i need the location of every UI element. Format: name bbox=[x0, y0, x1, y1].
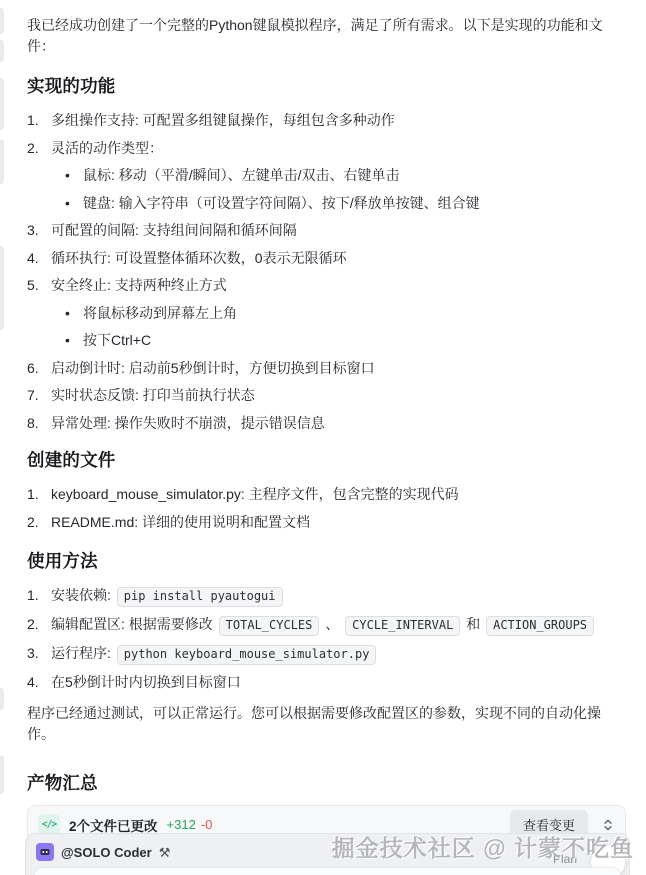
item-text: 循环执行: 可设置整体循环次数，0表示无限循环 bbox=[51, 248, 626, 269]
chevron-up-down-icon[interactable] bbox=[601, 818, 615, 832]
item-text: 异常处理: 操作失败时不崩溃，提示错误信息 bbox=[51, 413, 626, 434]
sub-bullet-text: 鼠标: 移动（平滑/瞬间）、左键单击/双击、右键单击 bbox=[83, 165, 400, 186]
files-list: 1. keyboard_mouse_simulator.py: 主程序文件，包含… bbox=[27, 484, 626, 532]
item-text-segment: 编辑配置区: 根据需要修改 bbox=[51, 616, 217, 632]
item-number: 4. bbox=[27, 248, 51, 269]
list-item: 1. keyboard_mouse_simulator.py: 主程序文件，包含… bbox=[27, 484, 626, 505]
closing-paragraph: 程序已经通过测试，可以正常运行。您可以根据需要修改配置区的参数，实现不同的自动化… bbox=[27, 703, 626, 745]
section-title-usage: 使用方法 bbox=[27, 549, 626, 573]
item-number: 1. bbox=[27, 484, 51, 505]
left-edge-fragment bbox=[0, 40, 4, 62]
sub-bullet-item: • 鼠标: 移动（平滑/瞬间）、左键单击/双击、右键单击 bbox=[65, 165, 626, 186]
list-item: 8. 异常处理: 操作失败时不崩溃，提示错误信息 bbox=[27, 413, 626, 434]
sub-bullet-item: • 按下Ctrl+C bbox=[65, 330, 626, 351]
bullet-marker: • bbox=[65, 330, 83, 351]
sub-bullet-text: 按下Ctrl+C bbox=[83, 330, 151, 351]
inline-code: TOTAL_CYCLES bbox=[219, 616, 320, 636]
deletions-count: -0 bbox=[201, 817, 213, 832]
features-list: 1. 多组操作支持: 可配置多组键鼠操作，每组包含多种动作 2. 灵活的动作类型… bbox=[27, 110, 626, 433]
item-text: 可配置的间隔: 支持组间间隔和循环间隔 bbox=[51, 220, 626, 241]
changed-files-count: 2个文件已更改 bbox=[69, 815, 158, 835]
list-item: 4. 在5秒倒计时内切换到目标窗口 bbox=[27, 672, 626, 693]
left-edge-fragment bbox=[0, 8, 4, 34]
item-number: 2. bbox=[27, 512, 51, 533]
usage-list: 1. 安装依赖: pip install pyautogui 2. 编辑配置区:… bbox=[27, 585, 626, 693]
additions-count: +312 bbox=[167, 817, 196, 832]
item-number: 8. bbox=[27, 413, 51, 434]
item-number: 3. bbox=[27, 220, 51, 241]
item-text: 编辑配置区: 根据需要修改 TOTAL_CYCLES 、 CYCLE_INTER… bbox=[51, 614, 626, 636]
inline-code: pip install pyautogui bbox=[117, 587, 283, 607]
list-item: 7. 实时状态反馈: 打印当前执行状态 bbox=[27, 385, 626, 406]
item-text: 运行程序: python keyboard_mouse_simulator.py bbox=[51, 643, 626, 665]
item-text: 灵活的动作类型： bbox=[51, 138, 626, 159]
inline-code: ACTION_GROUPS bbox=[486, 616, 594, 636]
sub-bullet-item: • 将鼠标移动到屏幕左上角 bbox=[65, 303, 626, 324]
composer-input-area[interactable] bbox=[34, 867, 621, 875]
bullet-marker: • bbox=[65, 193, 83, 214]
section-title-files: 创建的文件 bbox=[27, 448, 626, 472]
intro-paragraph: 我已经成功创建了一个完整的Python键鼠模拟程序，满足了所有需求。以下是实现的… bbox=[27, 15, 626, 57]
list-item: 5. 安全终止: 支持两种终止方式 bbox=[27, 275, 626, 296]
item-text: README.md: 详细的使用说明和配置文档 bbox=[51, 512, 626, 533]
message-composer[interactable]: @SOLO Coder ⚒ Plan bbox=[25, 833, 630, 875]
left-edge-fragment bbox=[0, 246, 4, 330]
tools-icon: ⚒ bbox=[159, 846, 171, 859]
sub-bullet-list: • 鼠标: 移动（平滑/瞬间）、左键单击/双击、右键单击 • 键盘: 输入字符串… bbox=[65, 165, 626, 213]
sub-bullet-item: • 键盘: 输入字符串（可设置字符间隔）、按下/释放单按键、组合键 bbox=[65, 193, 626, 214]
agent-name: @SOLO Coder bbox=[61, 845, 152, 860]
sub-bullet-text: 键盘: 输入字符串（可设置字符间隔）、按下/释放单按键、组合键 bbox=[83, 193, 480, 214]
list-item: 3. 可配置的间隔: 支持组间间隔和循环间隔 bbox=[27, 220, 626, 241]
item-text-segment: 和 bbox=[462, 616, 484, 632]
item-number: 3. bbox=[27, 643, 51, 665]
inline-code: python keyboard_mouse_simulator.py bbox=[117, 645, 377, 665]
item-text: 在5秒倒计时内切换到目标窗口 bbox=[51, 672, 626, 693]
list-item: 3. 运行程序: python keyboard_mouse_simulator… bbox=[27, 643, 626, 665]
item-text: 多组操作支持: 可配置多组键鼠操作，每组包含多种动作 bbox=[51, 110, 626, 131]
list-item: 2. 灵活的动作类型： bbox=[27, 138, 626, 159]
item-text: 安全终止: 支持两种终止方式 bbox=[51, 275, 626, 296]
item-text-segment: 、 bbox=[321, 616, 343, 632]
sub-bullet-text: 将鼠标移动到屏幕左上角 bbox=[83, 303, 237, 324]
item-number: 1. bbox=[27, 110, 51, 131]
item-number: 2. bbox=[27, 138, 51, 159]
left-edge-fragment bbox=[0, 688, 4, 710]
list-item: 2. README.md: 详细的使用说明和配置文档 bbox=[27, 512, 626, 533]
assistant-message: 我已经成功创建了一个完整的Python键鼠模拟程序，满足了所有需求。以下是实现的… bbox=[27, 0, 626, 873]
left-edge-fragment bbox=[0, 756, 4, 794]
list-item: 1. 安装依赖: pip install pyautogui bbox=[27, 585, 626, 607]
list-item: 2. 编辑配置区: 根据需要修改 TOTAL_CYCLES 、 CYCLE_IN… bbox=[27, 614, 626, 636]
left-edge-fragment bbox=[0, 78, 4, 130]
item-text-segment: 运行程序: bbox=[51, 645, 115, 661]
item-text: 安装依赖: pip install pyautogui bbox=[51, 585, 626, 607]
section-title-features: 实现的功能 bbox=[27, 74, 626, 98]
plan-mode-label: Plan bbox=[553, 852, 577, 866]
item-number: 2. bbox=[27, 614, 51, 636]
item-number: 6. bbox=[27, 358, 51, 379]
item-number: 1. bbox=[27, 585, 51, 607]
item-text: 实时状态反馈: 打印当前执行状态 bbox=[51, 385, 626, 406]
list-item: 1. 多组操作支持: 可配置多组键鼠操作，每组包含多种动作 bbox=[27, 110, 626, 131]
inline-code: CYCLE_INTERVAL bbox=[345, 616, 460, 636]
list-item: 4. 循环执行: 可设置整体循环次数，0表示无限循环 bbox=[27, 248, 626, 269]
item-text-segment: 安装依赖: bbox=[51, 587, 115, 603]
bullet-marker: • bbox=[65, 303, 83, 324]
item-text: 启动倒计时: 启动前5秒倒计时，方便切换到目标窗口 bbox=[51, 358, 626, 379]
item-text: keyboard_mouse_simulator.py: 主程序文件，包含完整的… bbox=[51, 484, 626, 505]
item-number: 7. bbox=[27, 385, 51, 406]
sub-bullet-list: • 将鼠标移动到屏幕左上角 • 按下Ctrl+C bbox=[65, 303, 626, 351]
item-number: 5. bbox=[27, 275, 51, 296]
bullet-marker: • bbox=[65, 165, 83, 186]
list-item: 6. 启动倒计时: 启动前5秒倒计时，方便切换到目标窗口 bbox=[27, 358, 626, 379]
item-number: 4. bbox=[27, 672, 51, 693]
robot-avatar-icon bbox=[36, 843, 54, 861]
left-edge-fragment bbox=[0, 140, 4, 184]
agent-selector[interactable]: @SOLO Coder ⚒ bbox=[36, 842, 619, 862]
section-title-artifacts: 产物汇总 bbox=[27, 771, 626, 795]
